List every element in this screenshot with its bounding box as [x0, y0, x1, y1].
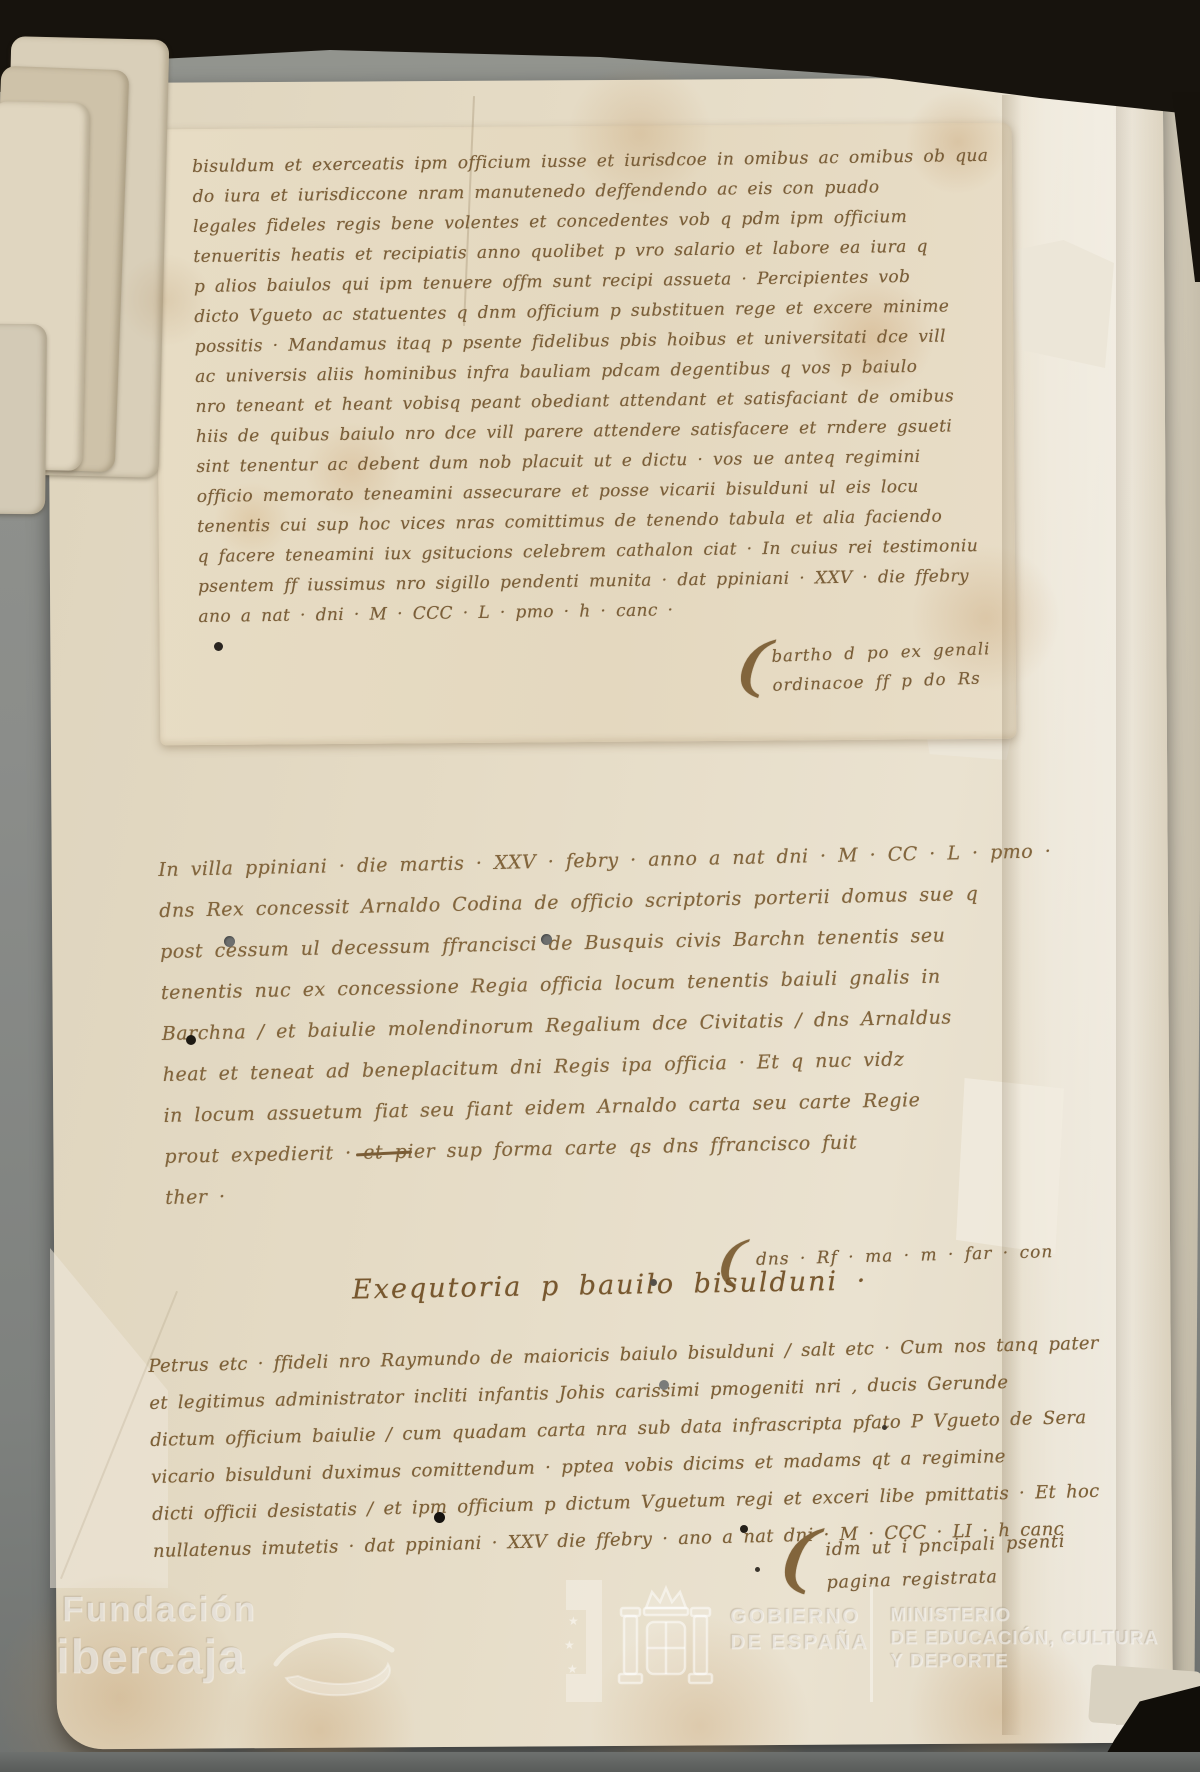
punch-hole — [740, 1525, 748, 1533]
page-edge-strip — [0, 324, 47, 515]
punch-hole — [541, 934, 552, 945]
punch-hole — [882, 1425, 887, 1430]
page-edges-stack — [0, 24, 180, 494]
punch-hole — [434, 1512, 445, 1523]
punch-hole — [186, 1035, 196, 1045]
manuscript-photo: bisuldum et exerceatis ipm officium iuss… — [0, 0, 1200, 1772]
punch-hole — [214, 642, 223, 651]
punch-hole — [224, 936, 235, 947]
chancery-signature: bartho d po ex genali ordinacoe ff p do … — [771, 634, 992, 700]
punch-hole — [755, 1567, 760, 1572]
punch-hole — [650, 1279, 657, 1286]
punch-hole — [659, 1380, 669, 1390]
text-block-concession: In villa ppiniani · die martis · XXV · f… — [158, 831, 1059, 1219]
flourish-paren: ( — [735, 630, 775, 704]
text-block-commission: bisuldum et exerceatis ipm officium iuss… — [192, 141, 995, 632]
flourish-paren: ( — [778, 1516, 823, 1600]
fold-shadow — [1116, 95, 1132, 1725]
table-shadow-band — [0, 1752, 1200, 1772]
registration-note: idm ut i pncipali psenti pagina registra… — [825, 1526, 1067, 1600]
